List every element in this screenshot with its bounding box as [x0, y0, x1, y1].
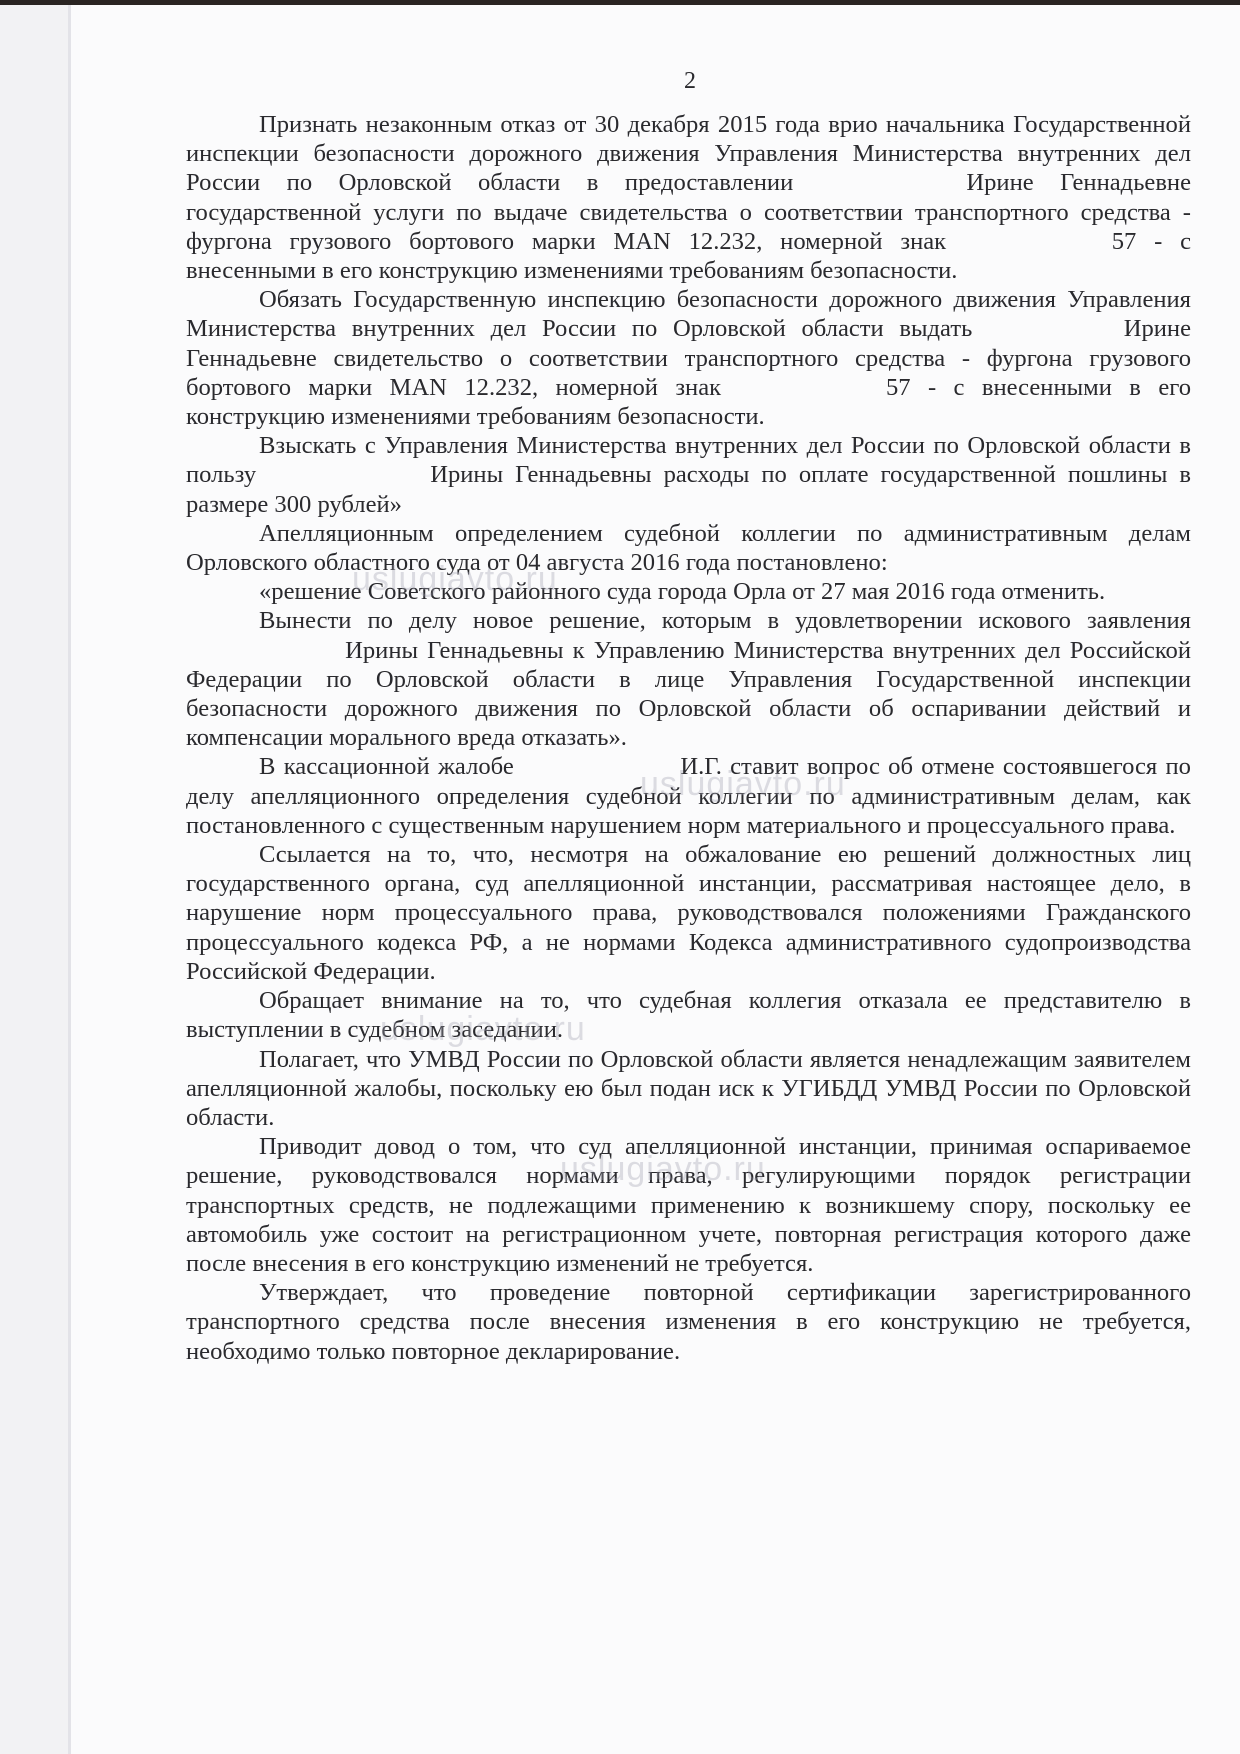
paragraph-2: Обязать Государственную инспекцию безопа… — [186, 285, 1191, 431]
paragraph-10: Полагает, что УМВД России по Орловской о… — [186, 1045, 1191, 1133]
paragraph-8: Ссылается на то, что, несмотря на обжало… — [186, 840, 1191, 986]
paragraph-1: Признать незаконным отказ от 30 декабря … — [186, 110, 1191, 285]
scan-left-margin — [0, 5, 68, 1754]
paragraph-6: Вынести по делу новое решение, которым в… — [186, 606, 1191, 752]
paragraph-9: Обращает внимание на то, что судебная ко… — [186, 986, 1191, 1044]
paragraph-5: «решение Советского районного суда город… — [186, 577, 1191, 606]
paragraph-3: Взыскать с Управления Министерства внутр… — [186, 431, 1191, 519]
paragraph-7: В кассационной жалобе И.Г. ставит вопрос… — [186, 752, 1191, 840]
paragraph-12: Утверждает, что проведение повторной сер… — [186, 1278, 1191, 1366]
document-body: Признать незаконным отказ от 30 декабря … — [186, 110, 1191, 1366]
paragraph-4: Апелляционным определением судебной колл… — [186, 519, 1191, 577]
page-number: 2 — [0, 68, 1240, 95]
paragraph-11: Приводит довод о том, что суд апелляцион… — [186, 1132, 1191, 1278]
